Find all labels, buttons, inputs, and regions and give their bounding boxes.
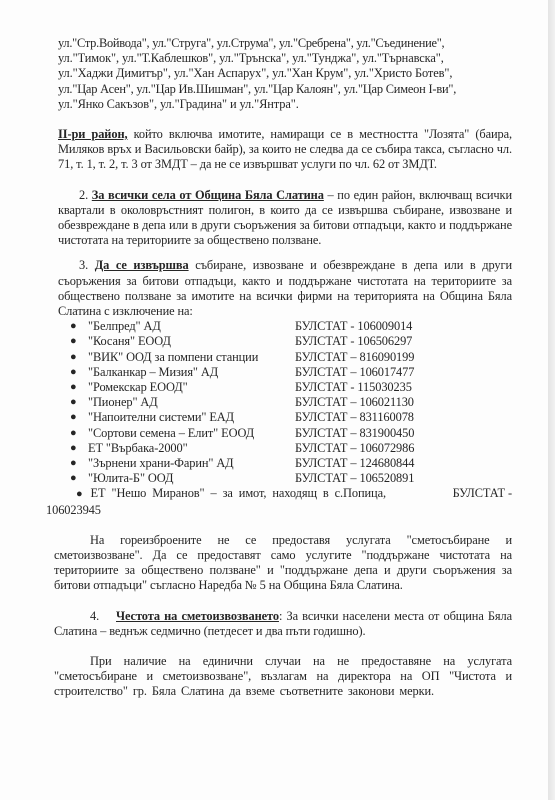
- firm-name: ЕТ "Нешо Миранов" – за имот, находящ в с…: [91, 486, 386, 500]
- list-item: ●"ВИК" ООД за помпени станцииБУЛСТАТ – 8…: [58, 350, 512, 365]
- excluded-firms-list: ●"Белпред" АДБУЛСТАТ - 106009014 ●"Косан…: [58, 319, 512, 486]
- bullet-icon: ●: [70, 471, 77, 486]
- district-2-title: II-ри район,: [58, 127, 127, 141]
- firm-bulstat: БУЛСТАТ – 106017477: [295, 365, 414, 380]
- bullet-icon: ●: [70, 426, 77, 441]
- street-line: ул."Янко Сакъзов", ул."Градина" и ул."Ян…: [58, 97, 512, 112]
- list-item: ●ЕТ "Върбака-2000"БУЛСТАТ – 106072986: [58, 441, 512, 456]
- firm-bulstat: БУЛСТАТ - 106009014: [295, 319, 412, 334]
- district-2-paragraph: II-ри район, който включва имотите, нами…: [58, 127, 512, 173]
- bullet-icon: ●: [70, 365, 77, 380]
- firm-bulstat: БУЛСТАТ - 115030235: [295, 380, 412, 395]
- street-line: ул."Стр.Войвода", ул."Струга", ул.Струма…: [58, 36, 512, 51]
- firm-bulstat: БУЛСТАТ – 106021130: [295, 395, 414, 410]
- section-2-paragraph: 2. За всички села от Община Бяла Слатина…: [58, 188, 512, 249]
- bullet-icon: ●: [76, 488, 83, 500]
- firm-name: "Косаня" ЕООД: [88, 334, 171, 348]
- list-item: ●"Зърнени храни-Фарин" АДБУЛСТАТ – 12468…: [58, 456, 512, 471]
- bullet-icon: ●: [70, 395, 77, 410]
- section-4-number: 4.: [54, 609, 116, 624]
- list-item-last-firm: БУЛСТАТ -●ЕТ "Нешо Миранов" – за имот, н…: [58, 486, 512, 502]
- street-line: ул."Цар Асен", ул."Цар Ив.Шишман", ул."Ц…: [58, 82, 512, 97]
- section-4-title: Честота на сметоизвозването: [116, 609, 279, 623]
- firm-name: "ВИК" ООД за помпени станции: [88, 350, 258, 364]
- bullet-icon: ●: [70, 380, 77, 395]
- document-body: ул."Стр.Войвода", ул."Струга", ул.Струма…: [58, 36, 512, 700]
- firm-bulstat: БУЛСТАТ – 124680844: [295, 456, 414, 471]
- list-item: ●"Балканкар – Мизия" АДБУЛСТАТ – 1060174…: [58, 365, 512, 380]
- firm-name: "Сортови семена – Елит" ЕООД: [88, 426, 254, 440]
- list-item: ●"Белпред" АДБУЛСТАТ - 106009014: [58, 319, 512, 334]
- section-4-paragraph: 4.Честота на сметоизвозването: За всички…: [54, 609, 512, 639]
- list-item: ●"Ромекскар ЕООД"БУЛСТАТ - 115030235: [58, 380, 512, 395]
- closing-paragraph: При наличие на единични случаи на не пре…: [54, 654, 512, 700]
- bullet-icon: ●: [70, 456, 77, 471]
- firm-name: "Ромекскар ЕООД": [88, 380, 188, 394]
- bullet-icon: ●: [70, 410, 77, 425]
- document-page: ул."Стр.Войвода", ул."Струга", ул.Струма…: [0, 0, 555, 800]
- firm-name: "Пионер" АД: [88, 395, 158, 409]
- list-item: ●"Напоителни системи" ЕАДБУЛСТАТ – 83116…: [58, 410, 512, 425]
- firm-bulstat: БУЛСТАТ – 831900450: [295, 426, 414, 441]
- section-3-title: Да се извършва: [95, 258, 189, 272]
- firm-name: "Напоителни системи" ЕАД: [88, 410, 234, 424]
- street-line: ул."Хаджи Димитър", ул."Хан Аспарух", ул…: [58, 66, 512, 81]
- section-3-paragraph: 3. Да се извършва събиране, извозване и …: [58, 258, 512, 319]
- bullet-icon: ●: [70, 319, 77, 334]
- list-item: ●"Пионер" АДБУЛСТАТ – 106021130: [58, 395, 512, 410]
- scan-edge-shadow: [548, 0, 555, 800]
- bullet-icon: ●: [70, 441, 77, 456]
- list-item: ●"Юлита-Б" ООДБУЛСТАТ – 106520891: [58, 471, 512, 486]
- bullet-icon: ●: [70, 334, 77, 349]
- firm-bulstat: БУЛСТАТ - 106506297: [295, 334, 412, 349]
- list-item: ●"Сортови семена – Елит" ЕООДБУЛСТАТ – 8…: [58, 426, 512, 441]
- firm-bulstat-number: 106023945: [46, 503, 512, 518]
- firm-bulstat: БУЛСТАТ – 816090199: [295, 350, 414, 365]
- firm-name: "Зърнени храни-Фарин" АД: [88, 456, 234, 470]
- street-line: ул."Тимок", ул."Т.Каблешков", ул."Трънск…: [58, 51, 512, 66]
- firm-bulstat: БУЛСТАТ – 106072986: [295, 441, 414, 456]
- firm-name: "Балканкар – Мизия" АД: [88, 365, 218, 379]
- street-list: ул."Стр.Войвода", ул."Струга", ул.Струма…: [58, 36, 512, 112]
- firm-bulstat: БУЛСТАТ – 831160078: [295, 410, 414, 425]
- bullet-icon: ●: [70, 350, 77, 365]
- section-2-number: 2.: [79, 188, 88, 202]
- firm-name: ЕТ "Върбака-2000": [88, 441, 188, 455]
- firm-bulstat-label: БУЛСТАТ -: [453, 486, 512, 501]
- district-2-text: който включва имотите, намиращи се в мес…: [58, 127, 512, 171]
- firm-bulstat: БУЛСТАТ – 106520891: [295, 471, 414, 486]
- section-2-title: За всички села от Община Бяла Слатина: [92, 188, 324, 202]
- firm-name: "Юлита-Б" ООД: [88, 471, 173, 485]
- section-3-number: 3.: [79, 258, 88, 272]
- list-item: ●"Косаня" ЕООДБУЛСТАТ - 106506297: [58, 334, 512, 349]
- firm-name: "Белпред" АД: [88, 319, 161, 333]
- note-paragraph: На гореизброените не се предоставя услуг…: [54, 533, 512, 594]
